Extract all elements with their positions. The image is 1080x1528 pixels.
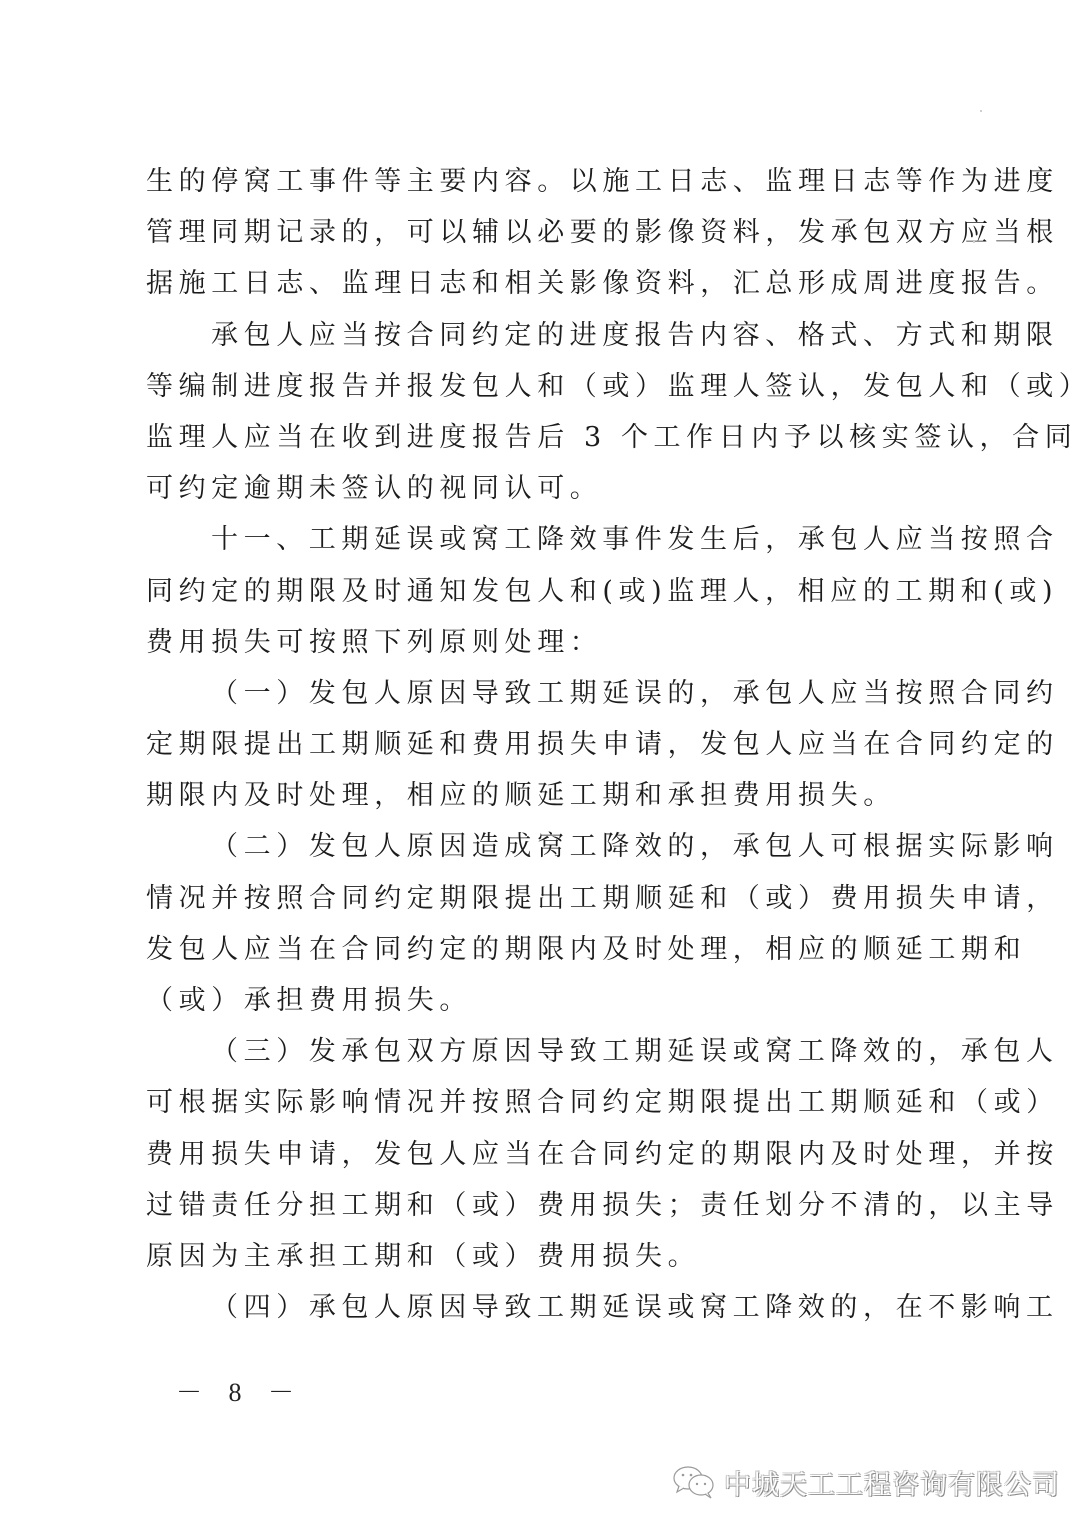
text-line: 费用损失申请，发包人应当在合同约定的期限内及时处理，并按 — [146, 1129, 936, 1180]
text-line: （或）承担费用损失。 — [146, 975, 936, 1026]
watermark: 中城天工工程咨询有限公司 — [672, 1464, 1060, 1500]
list-item-line: （四）承包人原因导致工期延误或窝工降效的，在不影响工 — [146, 1282, 936, 1333]
text-line: 据施工日志、监理日志和相关影像资料，汇总形成周进度报告。 — [146, 258, 936, 309]
text-line: 管理同期记录的，可以辅以必要的影像资料，发承包双方应当根 — [146, 207, 936, 258]
list-item-line: （三）发承包双方原因导致工期延误或窝工降效的，承包人 — [146, 1026, 936, 1077]
text-line: 生的停窝工事件等主要内容。以施工日志、监理日志等作为进度 — [146, 156, 936, 207]
scan-speck — [980, 110, 982, 112]
scan-speck — [973, 241, 975, 243]
text-line: 原因为主承担工期和（或）费用损失。 — [146, 1231, 936, 1282]
text-line: 承包人应当按合同约定的进度报告内容、格式、方式和期限 — [146, 310, 936, 361]
text-line: 期限内及时处理，相应的顺延工期和承担费用损失。 — [146, 770, 936, 821]
text-line: 等编制进度报告并报发包人和（或）监理人签认，发包人和（或） — [146, 361, 936, 412]
text-line: 费用损失可按照下列原则处理： — [146, 617, 936, 668]
document-body: 生的停窝工事件等主要内容。以施工日志、监理日志等作为进度 管理同期记录的，可以辅… — [146, 156, 936, 1333]
text-line: 同约定的期限及时通知发包人和(或)监理人，相应的工期和(或) — [146, 566, 936, 617]
list-item-line: （二）发包人原因造成窝工降效的，承包人可根据实际影响 — [146, 821, 936, 872]
document-page: 生的停窝工事件等主要内容。以施工日志、监理日志等作为进度 管理同期记录的，可以辅… — [0, 0, 1080, 1528]
section-heading-line: 十一、工期延误或窝工降效事件发生后，承包人应当按照合 — [146, 514, 936, 565]
watermark-text: 中城天工工程咨询有限公司 — [724, 1463, 1060, 1502]
wechat-icon — [672, 1465, 716, 1499]
list-item-line: （一）发包人原因导致工期延误的，承包人应当按照合同约 — [146, 668, 936, 719]
page-number: － 8 － — [176, 1372, 304, 1409]
text-line: 过错责任分担工期和（或）费用损失；责任划分不清的，以主导 — [146, 1180, 936, 1231]
text-line: 监理人应当在收到进度报告后 3 个工作日内予以核实签认，合同 — [146, 412, 936, 463]
text-line: 可根据实际影响情况并按照合同约定期限提出工期顺延和（或） — [146, 1077, 936, 1128]
text-line: 可约定逾期未签认的视同认可。 — [146, 463, 936, 514]
text-line: 定期限提出工期顺延和费用损失申请，发包人应当在合同约定的 — [146, 719, 936, 770]
text-line: 发包人应当在合同约定的期限内及时处理，相应的顺延工期和 — [146, 924, 936, 975]
text-line: 情况并按照合同约定期限提出工期顺延和（或）费用损失申请， — [146, 873, 936, 924]
